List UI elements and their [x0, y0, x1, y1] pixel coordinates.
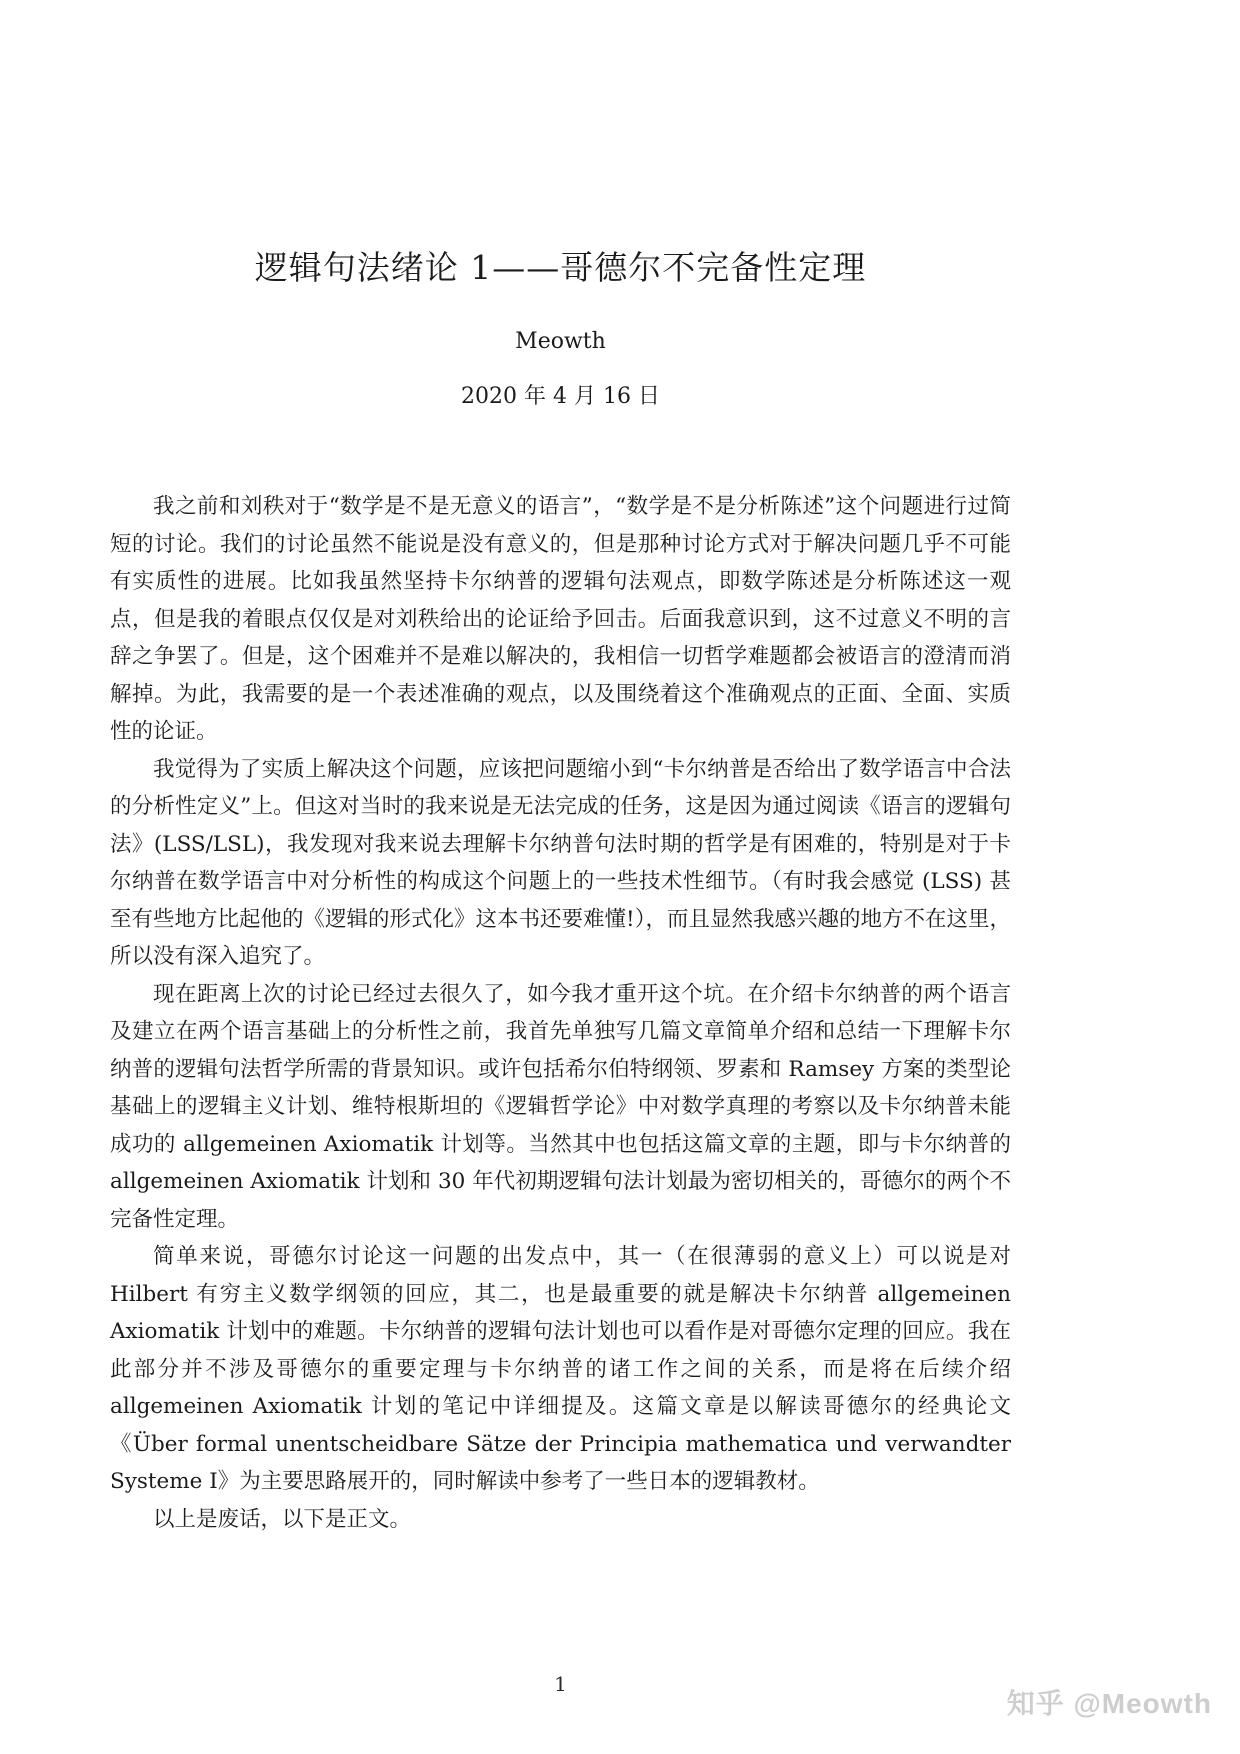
paragraph: 我之前和刘秩对于“数学是不是无意义的语言”，“数学是不是分析陈述”这个问题进行过…	[110, 488, 1011, 751]
page-title: 逻辑句法绪论 1——哥德尔不完备性定理	[110, 0, 1011, 293]
zhihu-watermark: 知乎 @Meowth	[1007, 1682, 1212, 1722]
page-number: 1	[110, 1672, 1011, 1696]
author-name: Meowth	[110, 329, 1011, 355]
publication-date: 2020 年 4 月 16 日	[110, 384, 1011, 410]
paragraph: 我觉得为了实质上解决这个问题，应该把问题缩小到“卡尔纳普是否给出了数学语言中合法…	[110, 751, 1011, 976]
paragraph: 简单来说，哥德尔讨论这一问题的出发点中，其一（在很薄弱的意义上）可以说是对 Hi…	[110, 1238, 1011, 1501]
article-body: 我之前和刘秩对于“数学是不是无意义的语言”，“数学是不是分析陈述”这个问题进行过…	[110, 488, 1011, 1538]
document-content: 逻辑句法绪论 1——哥德尔不完备性定理 Meowth 2020 年 4 月 16…	[110, 0, 1011, 1538]
paragraph: 现在距离上次的讨论已经过去很久了，如今我才重开这个坑。在介绍卡尔纳普的两个语言及…	[110, 976, 1011, 1239]
paragraph: 以上是废话，以下是正文。	[110, 1501, 1011, 1539]
document-page: 逻辑句法绪论 1——哥德尔不完备性定理 Meowth 2020 年 4 月 16…	[0, 0, 1240, 1754]
